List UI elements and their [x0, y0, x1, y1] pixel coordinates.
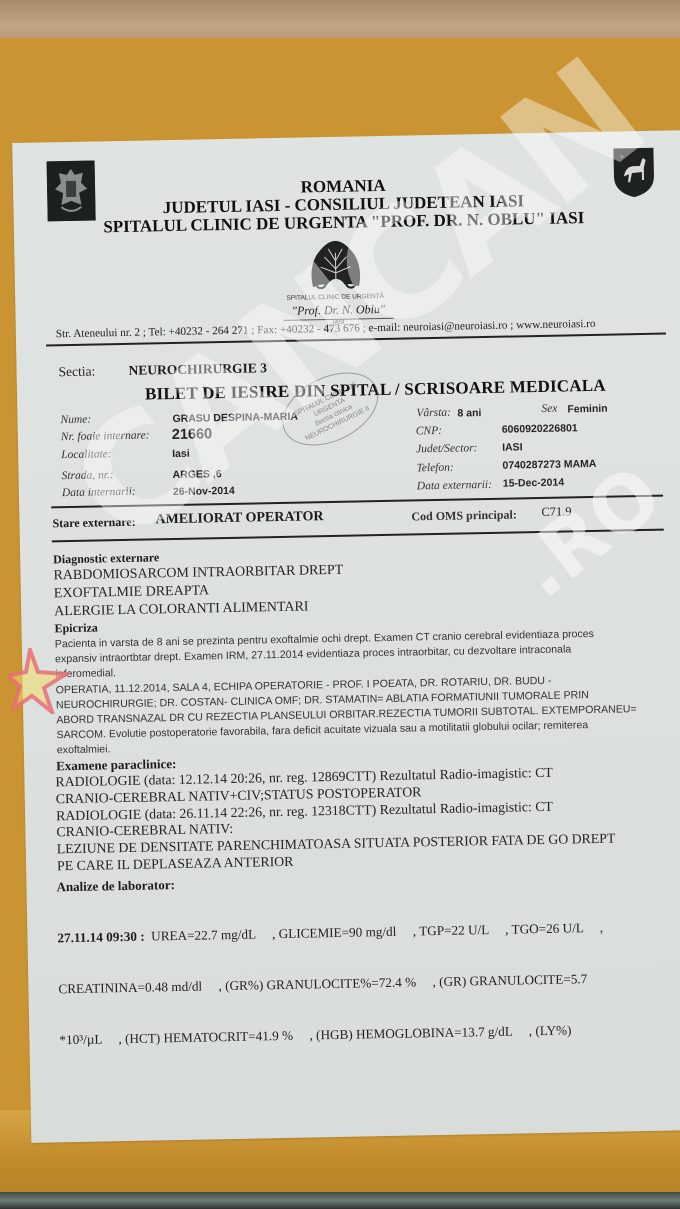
- lab-line: CREATININA=0.48 md/dl , (GR%) GRANULOCIT…: [58, 970, 604, 997]
- locality: Iasi: [172, 448, 190, 460]
- patient-name-label: Nume:: [60, 414, 91, 427]
- lab-line: *10³/µL , (HCT) HEMATOCRIT=41.9 % , (HGB…: [59, 1021, 605, 1048]
- discharge-state: AMELIORAT OPERATOR: [155, 509, 323, 528]
- oms-code-label: Cod OMS principal:: [411, 507, 517, 524]
- hospital-logo-caption: SPITALUL CLINIC DE URGENȚĂ: [265, 293, 405, 303]
- section-label: Sectia:: [58, 364, 95, 381]
- hospital-tree-logo-icon: [306, 238, 365, 291]
- lab-results: 27.11.14 09:30 : UREA=22.7 mg/dL , GLICE…: [57, 885, 606, 1082]
- decorative-star-icon: [8, 648, 78, 714]
- phone-label: Telefon:: [416, 462, 454, 475]
- lab-line: UREA=22.7 mg/dL , GLICEMIE=90 mg/dl , TG…: [144, 920, 603, 944]
- street-label: Strada, nr.:: [61, 469, 113, 482]
- diagnosis-item: EXOFTALMIE DREAPTA: [54, 583, 210, 602]
- discharge-state-label: Stare externare:: [52, 515, 135, 532]
- oms-code: C71.9: [541, 504, 572, 520]
- age-label: Vârsta:: [416, 407, 451, 420]
- epicrisis-label: Epicriza: [54, 621, 98, 637]
- lab-timestamp: 27.11.14 09:30 :: [57, 929, 144, 946]
- diagnosis-label: Diagnostic externare: [53, 550, 159, 567]
- sex-label: Sex: [541, 403, 557, 415]
- street: ARGES ,6: [172, 468, 221, 481]
- file-number-label: Nr. foaie internare:: [61, 429, 150, 443]
- hospital-stamp: SPITALUL CLINIC DE URGENTA Sectia clinic…: [270, 358, 390, 460]
- file-number: 21660: [172, 426, 213, 443]
- medical-letter-page: ☼ ROMANIA JUDETUL IASI - CONSILIUL JUDET…: [12, 130, 680, 1143]
- discharge-divider: [52, 529, 664, 543]
- cnp: 6060920226801: [502, 422, 578, 435]
- desk-background-top: [0, 0, 680, 42]
- phone: 0740287273 MAMA: [502, 458, 596, 472]
- svg-text:☼: ☼: [620, 154, 625, 160]
- county-label: Judet/Sector:: [416, 442, 478, 455]
- discharge-date-label: Data externarii:: [417, 479, 492, 492]
- desk-background-bottom: [0, 1192, 680, 1209]
- county: IASI: [502, 441, 523, 453]
- admission-date: 26-Nov-2014: [173, 485, 235, 498]
- locality-label: Localitate:: [61, 448, 112, 461]
- hospital-logo-signature: "Prof. Dr. N. Oblu": [283, 302, 393, 319]
- admission-date-label: Data internarii:: [62, 486, 136, 499]
- sex: Feminin: [567, 403, 607, 416]
- age: 8 ani: [457, 407, 481, 419]
- paraclinical-text: RADIOLOGIE (data: 12.12.14 20:26, nr. re…: [55, 764, 616, 875]
- cnp-label: CNP:: [416, 425, 442, 438]
- discharge-date: 15-Dec-2014: [503, 477, 565, 490]
- diagnosis-item: ALERGIE LA COLORANTI ALIMENTARI: [54, 599, 309, 620]
- epicrisis-text: Pacienta in varsta de 8 ani se prezinta …: [55, 625, 677, 759]
- section-value: NEUROCHIRURGIE 3: [128, 360, 267, 379]
